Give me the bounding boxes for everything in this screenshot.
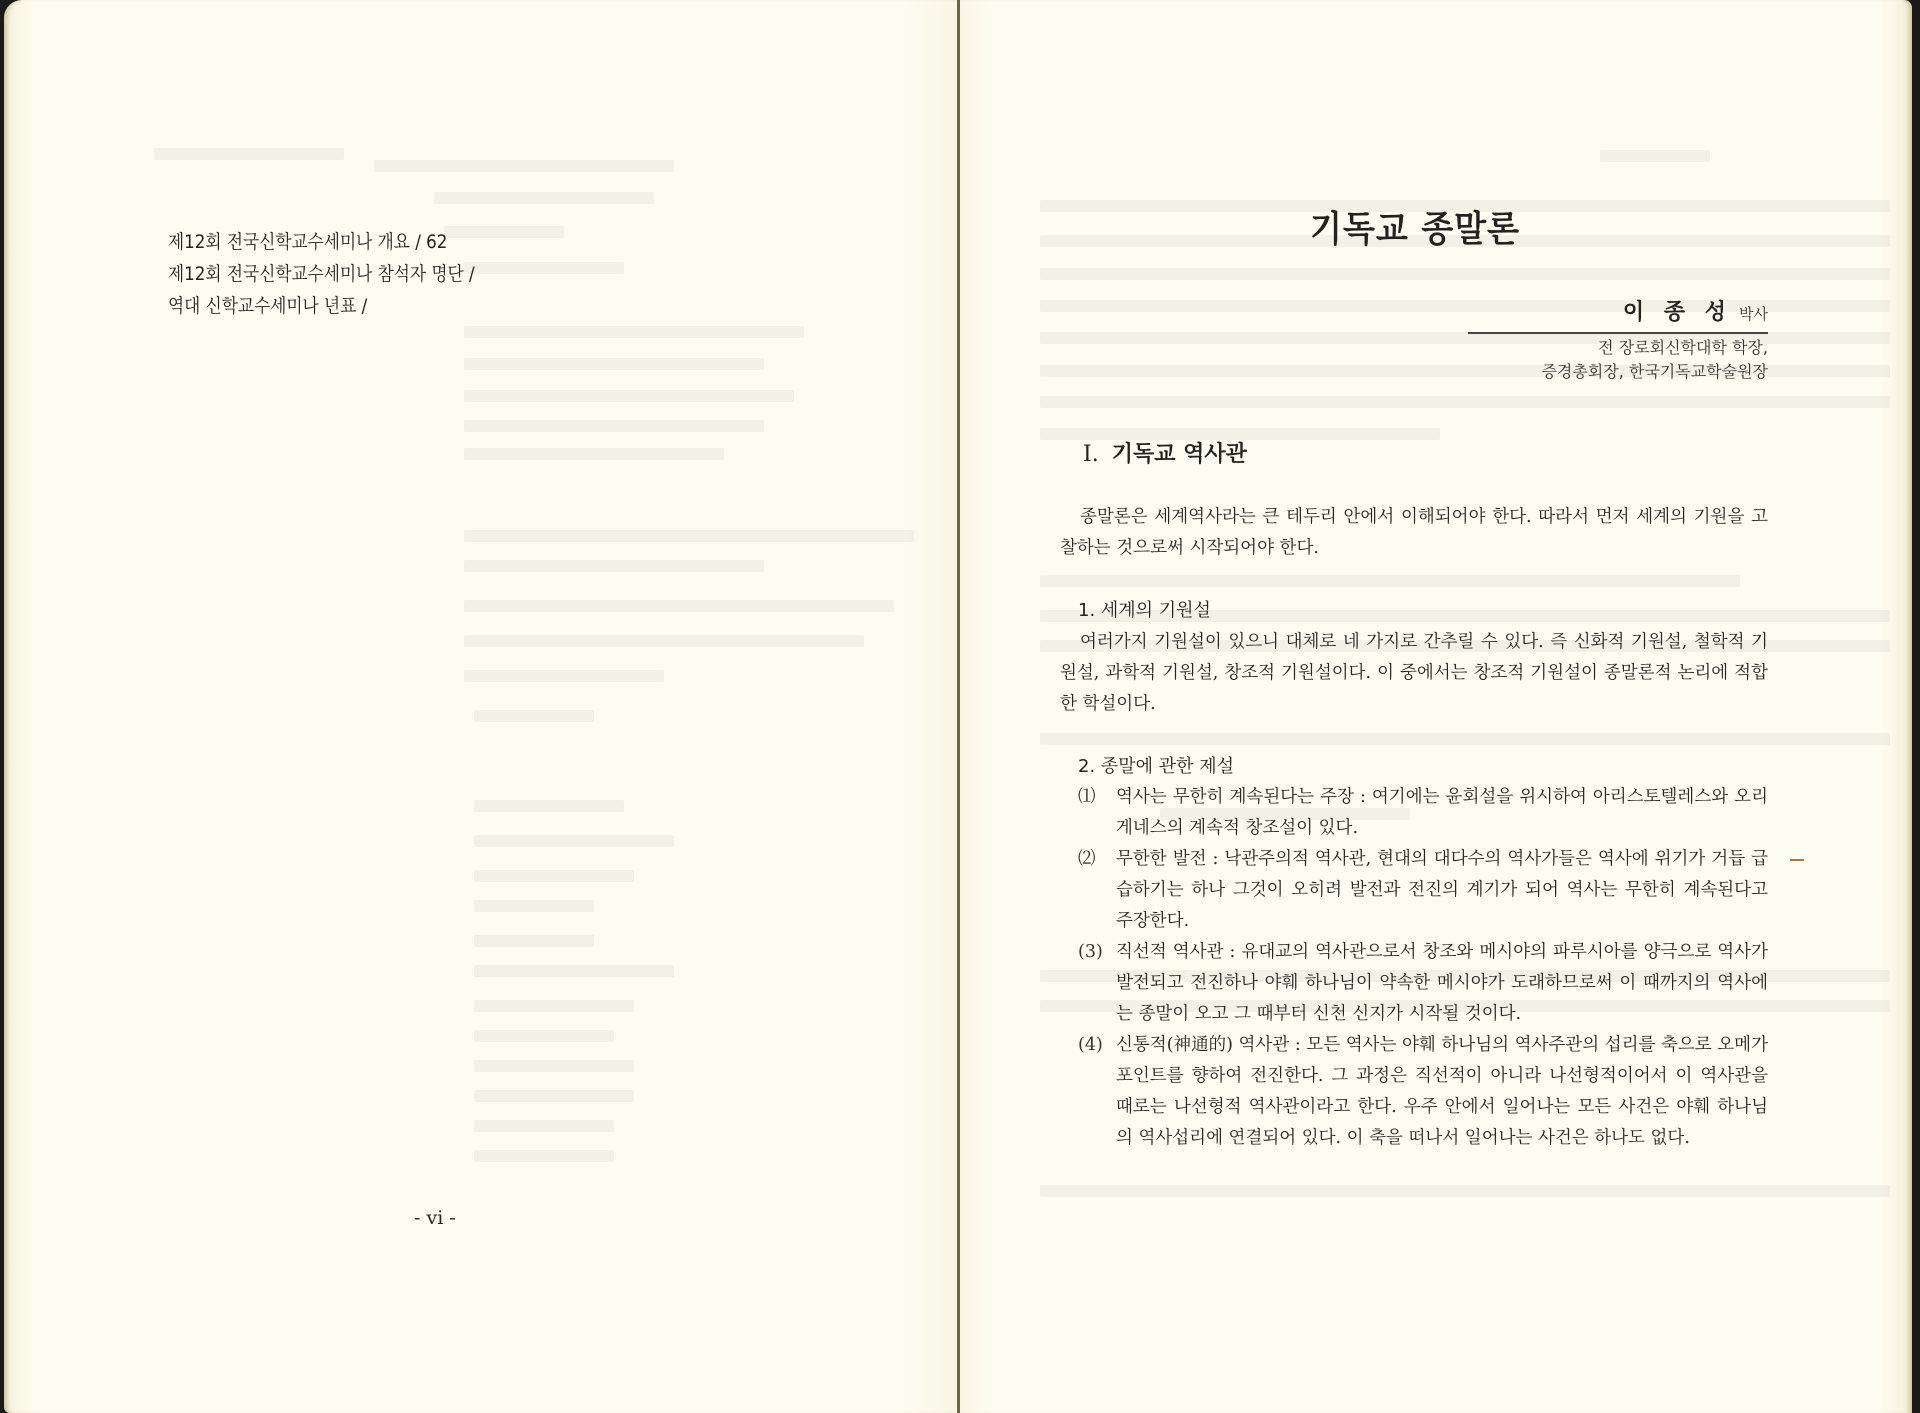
list-item: ⑵ 무한한 발전 : 낙관주의적 역사관, 현대의 대다수의 역사가들은 역사에… [1078,844,1768,937]
bleed-through-text [464,600,894,612]
author-rule [1468,332,1768,334]
bleed-through-text [474,1060,634,1072]
toc-list: 제12회 전국신학교수세미나 개요 / 62 제12회 전국신학교수세미나 참석… [168,226,475,322]
item-text: 무한한 발전 : 낙관주의적 역사관, 현대의 대다수의 역사가들은 역사에 위… [1116,849,1768,931]
bleed-through-text [474,1150,614,1162]
item-text: 신통적(神通的) 역사관 : 모든 역사는 야훼 하나님의 역사주관의 섭리를 … [1116,1035,1768,1148]
article-title: 기독교 종말론 [1310,201,1520,252]
affiliation-line: 증경총회장, 한국기독교학술원장 [1541,360,1768,384]
section-heading: Ⅰ. 기독교 역사관 [1083,437,1247,468]
bleed-through-text [474,1120,614,1132]
bleed-through-text [464,448,724,460]
bleed-through-text [474,1030,614,1042]
section-number: Ⅰ. [1083,442,1099,467]
bleed-through-text [1040,268,1890,280]
item-marker: (3) [1078,937,1103,968]
list-item: ⑴ 역사는 무한히 계속된다는 주장 : 여기에는 윤회설을 위시하여 아리스토… [1078,782,1768,844]
bleed-through-text [474,1090,634,1102]
list-item: (4) 신통적(神通的) 역사관 : 모든 역사는 야훼 하나님의 역사주관의 … [1078,1030,1768,1154]
toc-entry: 역대 신학교수세미나 년표 / [168,290,475,322]
bleed-through-text [474,800,624,812]
toc-entry: 제12회 전국신학교수세미나 개요 / 62 [168,226,475,258]
list-item: (3) 직선적 역사관 : 유대교의 역사관으로서 창조와 메시야의 파루시아를… [1078,937,1768,1030]
item-marker: ⑴ [1078,782,1096,813]
left-page: 제12회 전국신학교수세미나 개요 / 62 제12회 전국신학교수세미나 참석… [4,0,957,1413]
bleed-through-text [434,192,654,204]
bleed-through-text [1600,150,1710,162]
origin-paragraph: 여러가지 기원설이 있으니 대체로 네 가지로 간추릴 수 있다. 즉 신화적 … [1060,627,1768,720]
bleed-through-text [474,1000,634,1012]
subsection-heading: 1. 세계의 기원설 [1078,596,1211,622]
book-spread: 제12회 전국신학교수세미나 개요 / 62 제12회 전국신학교수세미나 참석… [0,0,1920,1413]
origin-paragraph-block: 여러가지 기원설이 있으니 대체로 네 가지로 간추릴 수 있다. 즉 신화적 … [1060,627,1768,720]
bleed-through-text [464,670,664,682]
bleed-through-text [474,935,594,947]
item-marker: (4) [1078,1030,1103,1061]
toc-entry: 제12회 전국신학교수세미나 참석자 명단 / [168,258,475,290]
item-text: 직선적 역사관 : 유대교의 역사관으로서 창조와 메시야의 파루시아를 양극으… [1116,942,1768,1024]
author-affiliation: 전 장로회신학대학 학장, 증경총회장, 한국기독교학술원장 [1541,336,1768,384]
bleed-through-text [374,160,674,172]
intro-paragraph-block: 종말론은 세계역사라는 큰 테두리 안에서 이해되어야 한다. 따라서 먼저 세… [1060,502,1768,564]
item-text: 역사는 무한히 계속된다는 주장 : 여기에는 윤회설을 위시하여 아리스토텔레… [1116,787,1768,838]
bleed-through-text [464,530,914,542]
theories-list: ⑴ 역사는 무한히 계속된다는 주장 : 여기에는 윤회설을 위시하여 아리스토… [1078,782,1768,1154]
bleed-through-text [474,870,634,882]
bleed-through-text [474,710,594,722]
subsection-heading: 2. 종말에 관한 제설 [1078,752,1234,778]
section-title: 기독교 역사관 [1112,442,1247,467]
bleed-through-text [1040,575,1740,587]
affiliation-line: 전 장로회신학대학 학장, [1541,336,1768,360]
bleed-through-text [464,358,764,370]
intro-paragraph: 종말론은 세계역사라는 큰 테두리 안에서 이해되어야 한다. 따라서 먼저 세… [1060,502,1768,564]
page-number: - vi - [414,1207,456,1229]
bleed-through-text [464,326,804,338]
author-name: 이 종 성 [1623,300,1732,325]
margin-pencil-mark [1790,859,1804,861]
bleed-through-text [464,560,764,572]
author-degree: 박사 [1739,305,1768,323]
item-marker: ⑵ [1078,844,1096,875]
bleed-through-text [474,835,674,847]
bleed-through-text [154,148,344,160]
bleed-through-text [474,900,594,912]
bleed-through-text [464,262,624,274]
bleed-through-text [474,965,674,977]
bleed-through-text [464,420,764,432]
bleed-through-text [464,635,864,647]
bleed-through-text [1040,396,1890,408]
bleed-through-text [1040,733,1890,745]
author-byline: 이 종 성 박사 [1468,295,1768,334]
bleed-through-text [1040,1185,1890,1197]
bleed-through-text [464,390,794,402]
